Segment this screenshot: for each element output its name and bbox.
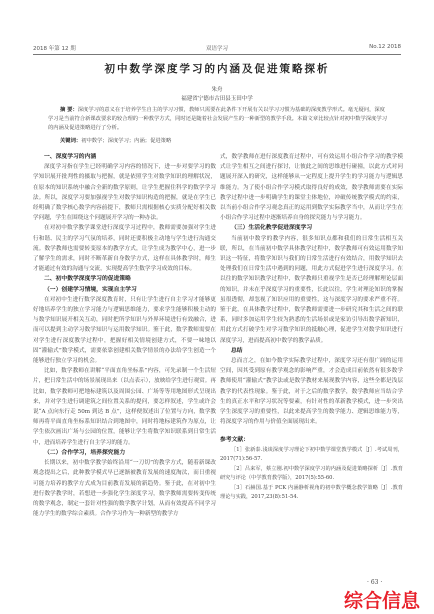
abstract: 摘 要：深度学习的意义在于培养学生自主的学习习惯，教师只需要在此条件下开展有关以… — [48, 106, 388, 133]
paragraph: 长期以来，初中数学教学始终沿用“一刀切”的教学方式，随着新课改观念提出之后，此种… — [33, 458, 216, 519]
keywords: 关键词：初中数学；深度学习；内涵；促进策略 — [48, 136, 388, 144]
watermark-logo: 综合信息 — [344, 586, 420, 613]
paragraph: 总而言之，在如今数学实际教学过程中，深度学习还有很广阔的运用空间，因其受到原有教… — [220, 356, 403, 427]
paragraph: 式，数学教师在进行深度教育过程中，可有效运用小组合作学习的教学模式让学生相互之间… — [220, 152, 403, 223]
reference-item: ［1］张新泰.浅谈深度学习理论下初中数学课堂教学模式［J］.考试周刊，2017(… — [220, 446, 403, 465]
header-divider — [33, 54, 401, 55]
right-column: 式，数学教师在进行深度教育过程中，可有效运用小组合作学习的教学模式让学生相互之间… — [220, 152, 403, 503]
references-heading: 参考文献： — [220, 435, 403, 445]
issue-label-right: No.12 2018 — [369, 44, 401, 50]
paragraph: 在对初中数学教学课堂进行深度学习过程中，教师需要加强对学生进行和谐、民主的学习气… — [33, 223, 216, 274]
reference-item: ［2］吕来军，蔡立刚.初中数学深度学习的内涵及促进策略探析［J］.教育研究与评论… — [220, 465, 403, 484]
paragraph: 在对初中生进行数学深度教育时，只有让学生进行自主学习才能够更好地培养学生的独立学… — [33, 295, 216, 366]
journal-name: 双语学习 — [33, 44, 401, 52]
abstract-text: 深度学习的意义在于培养学生自主的学习习惯，教师只需要在此条件下开展有关以学习习惯… — [48, 107, 387, 131]
paragraph: 当前初中数学的教学内容，很多知识点都和我们的日常生活相互关联，所以，在当前初中数… — [220, 234, 403, 346]
article-title: 初中数学深度学习的内涵及促进策略探析 — [0, 61, 434, 76]
subsection-heading: （一）创建学习情境，实现自主学习 — [33, 285, 216, 295]
author-affiliation: 福建省宁德市古田县玉田中学 — [0, 94, 434, 102]
paragraph: 比如，数学教师在讲解“平面直角坐标系”内容，可先录制一个生活短片，把日常生活中的… — [33, 366, 216, 448]
keywords-label: 关键词： — [60, 138, 81, 144]
left-column: 一、深度学习的内涵 深度学习指在学生已经明确学习内容的情况下，进一步对要学习的数… — [33, 152, 216, 519]
journal-page: 2018 年第 12 期 双语学习 No.12 2018 初中数学深度学习的内涵… — [0, 0, 434, 614]
author-name: 朱舟 — [0, 85, 434, 93]
reference-item: ［3］石赫国.基于 PCK 内涵静析视角的初中数学概念教学策略［J］.教育理论与… — [220, 484, 403, 503]
abstract-label: 摘 要： — [60, 107, 78, 113]
subsection-heading: （二）合作学习，培养探究能力 — [33, 448, 216, 458]
section-heading: 二、初中数学深度学习的促进策略 — [33, 274, 216, 284]
section-heading: 总结 — [220, 346, 403, 356]
section-heading: 一、深度学习的内涵 — [33, 152, 216, 162]
page-number: · 63 · — [367, 579, 382, 586]
paragraph: 深度学习指在学生已经明确学习内容的情况下，进一步对要学习的数学知识展开批判性的摄… — [33, 162, 216, 223]
running-header: 2018 年第 12 期 双语学习 No.12 2018 — [33, 42, 401, 54]
subsection-heading: （三）生活化教学促进深度学习 — [220, 223, 403, 233]
keywords-text: 初中数学；深度学习；内涵；促进策略 — [81, 138, 171, 144]
